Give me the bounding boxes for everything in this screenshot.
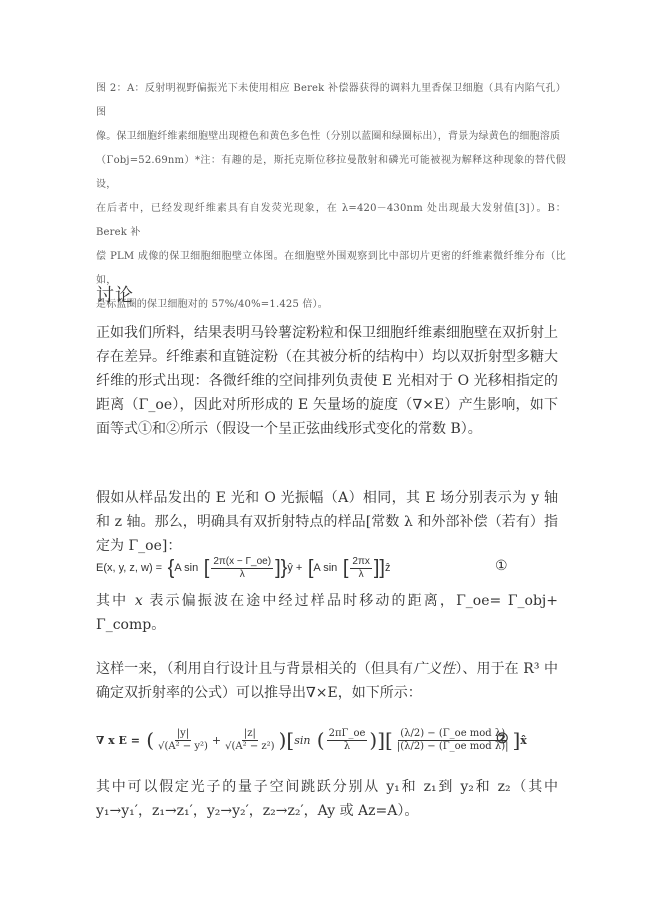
paren-open: ( [310, 730, 324, 750]
caption-line: 是标蓝圈的保卫细胞对的 57%/40%=1.425 倍）。 [96, 293, 566, 317]
eq2-sin: sin [294, 734, 310, 747]
equation-2: ∇ x E = ( |y| √(A² − y²) + |z| √(A² − z²… [96, 722, 527, 758]
section-heading: 讨论 [96, 281, 134, 307]
eq2-fraction-ratio: (λ/2) − (Γ_oe mod λ) |(λ/2) − (Γ_oe mod … [395, 728, 511, 753]
eq2-fy-den: √(A² − y²) [156, 741, 210, 753]
paragraph-derivation: 这样一来，（利用自行设计且与背景相关的（但具有广义性）、用于在 R³ 中确定双折… [96, 657, 558, 705]
bracket-close: ] [512, 730, 520, 750]
eq2-fraction-y: |y| √(A² − y²) [156, 728, 210, 753]
eq1-frac1-num: 2π(x − Γ_oe) [211, 556, 273, 569]
paragraph-quantum-jump: 其中可以假定光子的量子空间跳跃分别从 y₁和 z₁到 y₂和 z₂（其中 y₁→… [96, 775, 558, 823]
eq1-fraction-2: 2πx λ [350, 556, 371, 581]
eq2-sin-den: λ [342, 741, 352, 753]
eq2-fy-num: |y| [175, 728, 191, 741]
eq1-frac1-den: λ [238, 569, 247, 581]
paren-open: ( [140, 730, 154, 750]
equation-1: E(x, y, z, w) = { A sin [ 2π(x − Γ_oe) λ… [96, 552, 391, 584]
bracket-open: [ [302, 558, 313, 578]
equation-number-2: ② [496, 731, 509, 747]
p3-variable-x: x [135, 593, 143, 609]
eq1-unit-z: ẑ [385, 562, 391, 574]
eq1-frac2-num: 2πx [350, 556, 371, 569]
caption-line: （Γobj=52.69nm）*注：有趣的是，斯托克斯位移拉曼散射和磷光可能被视为… [96, 149, 566, 197]
eq1-frac2-den: λ [357, 569, 366, 581]
bracket-open: [ [198, 558, 209, 578]
eq2-fz-num: |z| [242, 728, 258, 741]
eq2-lhs: ∇ x E = [96, 734, 140, 747]
p3-suffix: 表示偏振波在途中经过样品时移动的距离，Γ_oe= Γ_obj+ Γ_comp。 [96, 593, 558, 633]
eq2-unit-x: x̂ [520, 734, 527, 747]
eq1-term2-pre: A sin [313, 562, 337, 574]
paragraph-amplitude: 假如从样品发出的 E 光和 O 光振幅（A）相同，其 E 场分别表示为 y 轴和… [96, 486, 558, 558]
p3-prefix: 其中 [96, 593, 128, 609]
bracket-open: [ [385, 730, 393, 750]
eq2-sin-num: 2πΓ_oe [327, 728, 368, 741]
eq1-lhs: E(x, y, z, w) = [96, 562, 162, 574]
eq1-unit-y: ŷ + [287, 562, 302, 574]
eq1-fraction-1: 2π(x − Γ_oe) λ [211, 556, 273, 581]
p4-italic: 广义性 [413, 661, 455, 677]
caption-line: 像。保卫细胞纤维素细胞壁出现橙色和黄色多色性（分别以蓝圈和绿圈标出），背景为绿黄… [96, 125, 566, 149]
eq1-term1-pre: A sin [174, 562, 198, 574]
brace-open: { [162, 558, 174, 578]
bracket-close: ]] [374, 558, 385, 578]
eq2-fz-den: √(A² − z²) [223, 741, 276, 753]
paren-close: )] [369, 730, 385, 750]
eq2-fraction-sin: 2πΓ_oe λ [327, 728, 368, 753]
eq2-ratio-den: |(λ/2) − (Γ_oe mod λ)| [395, 741, 511, 753]
eq2-ratio-num: (λ/2) − (Γ_oe mod λ) [398, 728, 507, 741]
eq2-plus: + [212, 734, 221, 747]
p4-part-a: 这样一来，（利用自行设计且与背景相关的（但具有 [96, 661, 413, 677]
bracket-close: ]} [275, 558, 287, 578]
document-page: 图 2：A：反射明视野偏振光下未使用相应 Berek 补偿器获得的调料九里香保卫… [0, 0, 650, 919]
bracket-open: [ [337, 558, 348, 578]
eq2-fraction-z: |z| √(A² − z²) [223, 728, 276, 753]
figure-caption: 图 2：A：反射明视野偏振光下未使用相应 Berek 补偿器获得的调料九里香保卫… [96, 77, 566, 317]
paren-close: ) [279, 730, 287, 750]
caption-line: 图 2：A：反射明视野偏振光下未使用相应 Berek 补偿器获得的调料九里香保卫… [96, 77, 566, 125]
bracket-open: [ [286, 730, 294, 750]
caption-line: 偿 PLM 成像的保卫细胞细胞壁立体图。在细胞壁外围观察到比中部切片更密的纤维素… [96, 245, 566, 293]
paragraph-x-definition: 其中 x 表示偏振波在途中经过样品时移动的距离，Γ_oe= Γ_obj+ Γ_c… [96, 589, 558, 637]
caption-line: 在后者中，已经发现纤维素具有自发荧光现象，在 λ=420－430nm 处出现最大… [96, 197, 566, 245]
equation-number-1: ① [495, 558, 508, 574]
paragraph-discussion: 正如我们所料，结果表明马铃薯淀粉粒和保卫细胞纤维素细胞壁在双折射上存在差异。纤维… [96, 321, 558, 441]
